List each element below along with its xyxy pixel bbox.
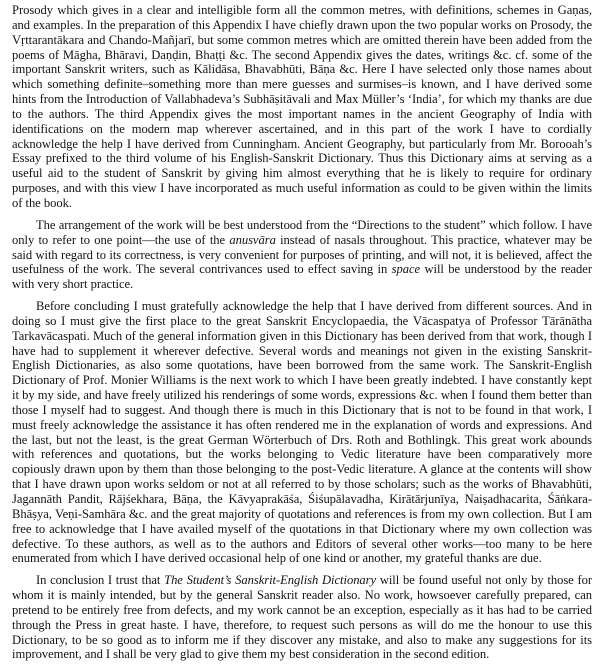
paragraph-acknowledgements: Before concluding I must gratefully ackn… xyxy=(12,299,592,566)
paragraph-appendices: Prosody which gives in a clear and intel… xyxy=(12,3,592,211)
paragraph-text: Prosody which gives in a clear and intel… xyxy=(12,3,592,210)
paragraph-text: In conclusion I trust that xyxy=(36,573,164,587)
italic-book-title: The Student’s Sanskrit-English Dictionar… xyxy=(164,573,376,587)
italic-term-anusvara: anusvāra xyxy=(229,233,275,247)
paragraph-arrangement: The arrangement of the work will be best… xyxy=(12,218,592,292)
document-page: Prosody which gives in a clear and intel… xyxy=(12,3,592,662)
paragraph-text: Before concluding I must gratefully ackn… xyxy=(12,299,592,565)
italic-term-space: space xyxy=(392,262,420,276)
paragraph-conclusion: In conclusion I trust that The Student’s… xyxy=(12,573,592,662)
